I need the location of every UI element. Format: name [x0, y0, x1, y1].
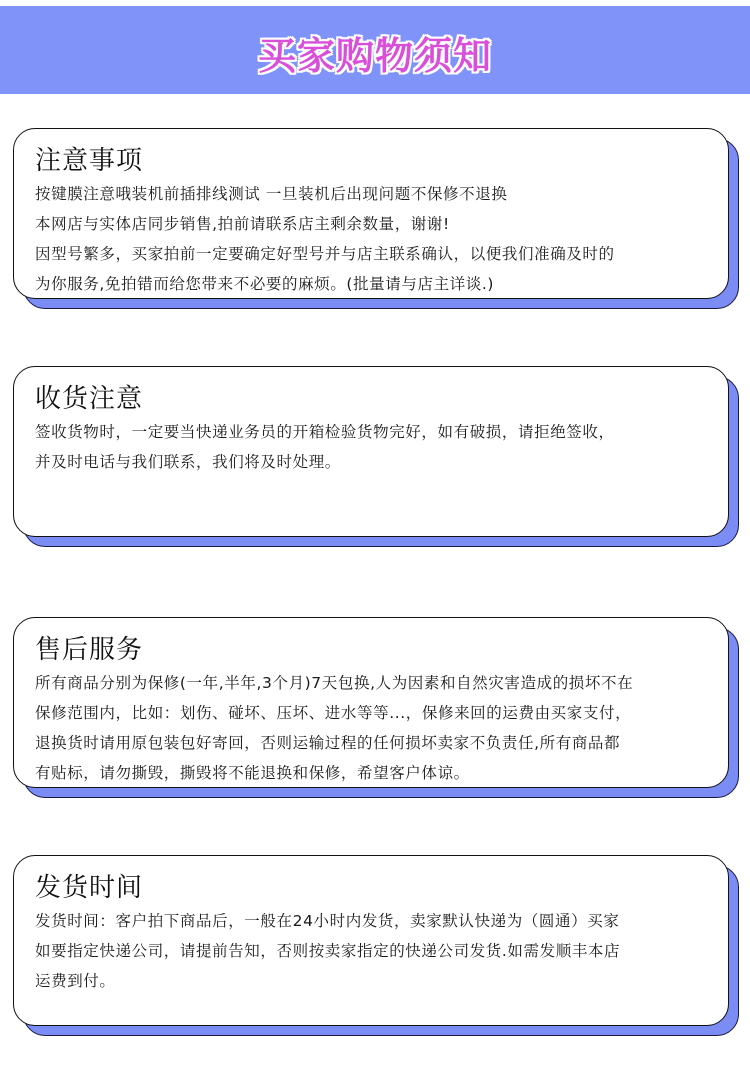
section-title: 售后服务: [35, 634, 728, 666]
section-line: 本网店与实体店同步销售,拍前请联系店主剩余数量，谢谢!: [35, 209, 728, 239]
section-line: 有贴标，请勿撕毁，撕毁将不能退换和保修，希望客户体谅。: [35, 758, 728, 788]
section-title: 注意事项: [35, 145, 728, 177]
section-body: 签收货物时，一定要当快递业务员的开箱检验货物完好，如有破损，请拒绝签收， 并及时…: [35, 417, 728, 477]
section-line: 保修范围内，比如：划伤、碰坏、压坏、进水等等...，保修来回的运费由买家支付，: [35, 698, 728, 728]
section-line: 发货时间：客户拍下商品后，一般在24小时内发货，卖家默认快递为（圆通）买家: [35, 906, 728, 936]
section-title: 收货注意: [35, 383, 728, 415]
receiving-card: 收货注意 签收货物时，一定要当快递业务员的开箱检验货物完好，如有破损，请拒绝签收…: [13, 366, 729, 537]
notice-card: 注意事项 按键膜注意哦装机前插排线测试 一旦装机后出现问题不保修不退换 本网店与…: [13, 128, 729, 299]
section-title: 发货时间: [35, 872, 728, 904]
notice-section: 注意事项 按键膜注意哦装机前插排线测试 一旦装机后出现问题不保修不退换 本网店与…: [13, 128, 729, 299]
after-sales-section: 售后服务 所有商品分别为保修(一年,半年,3个月)7天包换,人为因素和自然灾害造…: [13, 617, 729, 788]
section-line: 因型号繁多，买家拍前一定要确定好型号并与店主联系确认，以便我们准确及时的: [35, 239, 728, 269]
after-sales-card: 售后服务 所有商品分别为保修(一年,半年,3个月)7天包换,人为因素和自然灾害造…: [13, 617, 729, 788]
section-line: 为你服务,免拍错而给您带来不必要的麻烦。(批量请与店主详谈.): [35, 269, 728, 299]
section-line: 运费到付。: [35, 966, 728, 996]
receiving-section: 收货注意 签收货物时，一定要当快递业务员的开箱检验货物完好，如有破损，请拒绝签收…: [13, 366, 729, 537]
section-body: 所有商品分别为保修(一年,半年,3个月)7天包换,人为因素和自然灾害造成的损坏不…: [35, 668, 728, 788]
section-line: 所有商品分别为保修(一年,半年,3个月)7天包换,人为因素和自然灾害造成的损坏不…: [35, 668, 728, 698]
shipping-time-card: 发货时间 发货时间：客户拍下商品后，一般在24小时内发货，卖家默认快递为（圆通）…: [13, 855, 729, 1026]
section-line: 签收货物时，一定要当快递业务员的开箱检验货物完好，如有破损，请拒绝签收，: [35, 417, 728, 447]
shipping-time-section: 发货时间 发货时间：客户拍下商品后，一般在24小时内发货，卖家默认快递为（圆通）…: [13, 855, 729, 1026]
page-title: 买家购物须知: [258, 25, 492, 80]
section-line: 退换货时请用原包装包好寄回，否则运输过程的任何损坏卖家不负责任,所有商品都: [35, 728, 728, 758]
section-line: 如要指定快递公司，请提前告知，否则按卖家指定的快递公司发货.如需发顺丰本店: [35, 936, 728, 966]
section-body: 发货时间：客户拍下商品后，一般在24小时内发货，卖家默认快递为（圆通）买家 如要…: [35, 906, 728, 996]
section-line: 按键膜注意哦装机前插排线测试 一旦装机后出现问题不保修不退换: [35, 179, 728, 209]
section-line: 并及时电话与我们联系，我们将及时处理。: [35, 447, 728, 477]
header-banner: 买家购物须知: [0, 6, 750, 94]
section-body: 按键膜注意哦装机前插排线测试 一旦装机后出现问题不保修不退换 本网店与实体店同步…: [35, 179, 728, 299]
